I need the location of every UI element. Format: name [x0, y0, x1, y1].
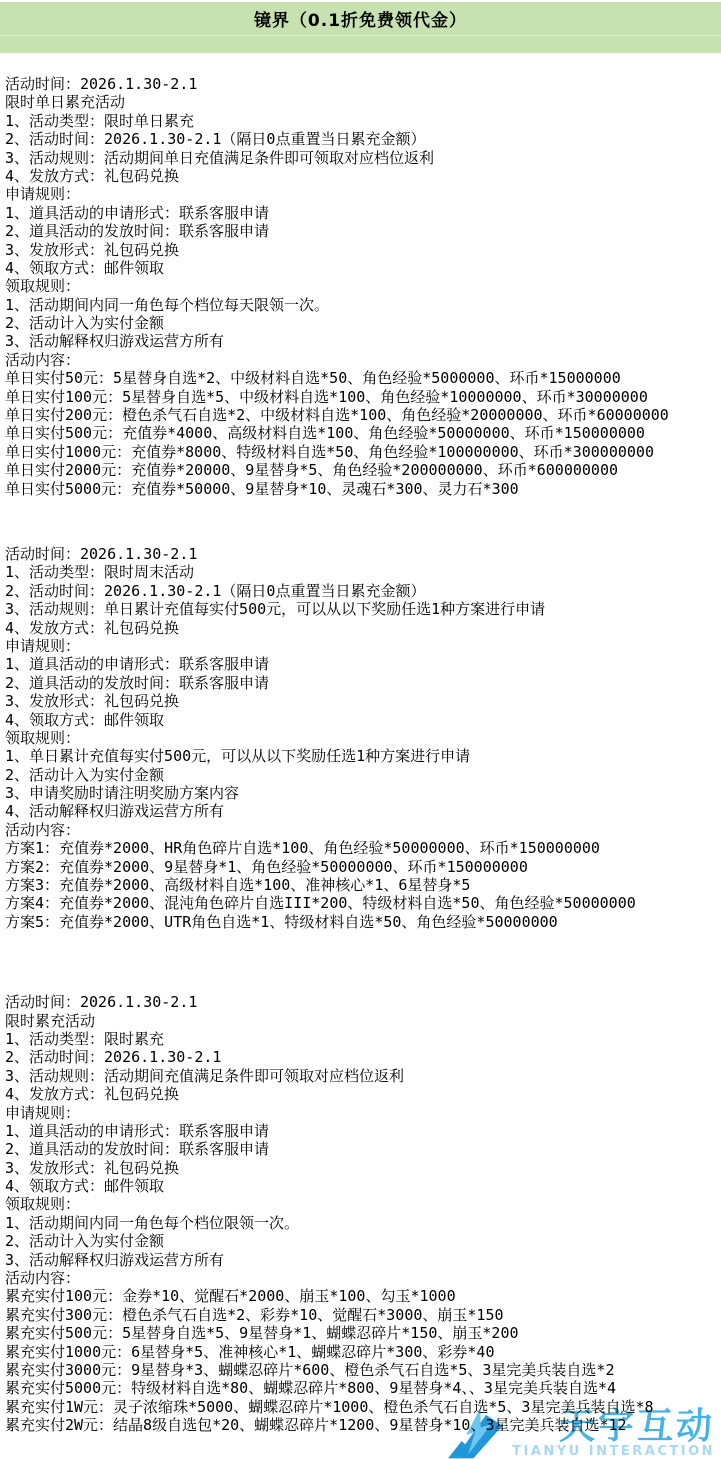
text-line: 累充实付2W元：结晶8级自选包*20、蝴蝶忍碎片*1200、9星替身*10、3星… [5, 1416, 721, 1434]
text-line: 累充实付1000元：6星替身*5、准神核心*1、蝴蝶忍碎片*300、彩券*40 [5, 1343, 721, 1361]
text-line: 3、活动解释权归游戏运营方所有 [5, 332, 721, 350]
text-line: 活动内容： [5, 821, 721, 839]
title-row: 镜界（0.1折免费领代金） [0, 2, 721, 35]
text-line: 申请规则： [5, 1104, 721, 1122]
text-line: 3、发放形式：礼包码兑换 [5, 692, 721, 710]
text-line: 单日实付500元：充值券*4000、高级材料自选*100、角色经验*500000… [5, 424, 721, 442]
text-line: 2、活动时间：2026.1.30-2.1（隔日0点重置当日累充金额） [5, 130, 721, 148]
text-line: 单日实付5000元：充值券*50000、9星替身*10、灵魂石*300、灵力石*… [5, 480, 721, 498]
text-line: 4、发放方式：礼包码兑换 [5, 619, 721, 637]
text-line: 领取规则： [5, 277, 721, 295]
text-line: 2、活动计入为实付金额 [5, 766, 721, 784]
text-line: 2、道具活动的发放时间：联系客服申请 [5, 674, 721, 692]
text-line: 1、活动类型：限时累充 [5, 1030, 721, 1048]
text-line: 3、活动解释权归游戏运营方所有 [5, 1251, 721, 1269]
text-line: 方案4：充值券*2000、混沌角色碎片自选III*200、特级材料自选*50、角… [5, 894, 721, 912]
text-line: 领取规则： [5, 1195, 721, 1213]
text-line: 4、领取方式：邮件领取 [5, 259, 721, 277]
text-line: 单日实付2000元：充值券*20000、9星替身*5、角色经验*20000000… [5, 461, 721, 479]
header-strip [0, 36, 721, 53]
text-line: 1、道具活动的申请形式：联系客服申请 [5, 204, 721, 222]
text-line: 累充实付3000元：9星替身*3、蝴蝶忍碎片*600、橙色杀气石自选*5、3星完… [5, 1361, 721, 1379]
brand-name-en: TIANYU INTERACTION [512, 1444, 715, 1459]
text-line: 1、活动期间内同一角色每个档位限领一次。 [5, 1214, 721, 1232]
text-line: 累充实付5000元：特级材料自选*80、蝴蝶忍碎片*800、9星替身*4、、3星… [5, 1379, 721, 1397]
text-line: 1、单日累计充值每实付500元，可以从以下奖励任选1种方案进行申请 [5, 747, 721, 765]
text-line: 3、发放形式：礼包码兑换 [5, 1159, 721, 1177]
text-line: 单日实付1000元：充值券*8000、特级材料自选*50、角色经验*100000… [5, 443, 721, 461]
text-line: 方案1：充值券*2000、HR角色碎片自选*100、角色经验*50000000、… [5, 839, 721, 857]
text-line: 活动内容： [5, 1269, 721, 1287]
page-header: 镜界（0.1折免费领代金） [0, 2, 721, 53]
text-line: 4、领取方式：邮件领取 [5, 1177, 721, 1195]
text-line: 2、道具活动的发放时间：联系客服申请 [5, 222, 721, 240]
text-line: 方案3：充值券*2000、高级材料自选*100、准神核心*1、6星替身*5 [5, 876, 721, 894]
text-line: 4、领取方式：邮件领取 [5, 711, 721, 729]
text-line: 3、活动规则：单日累计充值每实付500元，可以从以下奖励任选1种方案进行申请 [5, 600, 721, 618]
text-line: 限时单日累充活动 [5, 93, 721, 111]
text-line: 单日实付50元：5星替身自选*2、中级材料自选*50、角色经验*5000000、… [5, 369, 721, 387]
page-title: 镜界（0.1折免费领代金） [254, 6, 467, 31]
text-line: 1、道具活动的申请形式：联系客服申请 [5, 655, 721, 673]
text-line: 4、发放方式：礼包码兑换 [5, 1085, 721, 1103]
text-line: 1、活动类型：限时单日累充 [5, 112, 721, 130]
text-line: 3、申请奖励时请注明奖励方案内容 [5, 784, 721, 802]
text-line: 1、活动类型：限时周末活动 [5, 563, 721, 581]
text-line: 1、道具活动的申请形式：联系客服申请 [5, 1122, 721, 1140]
text-line: 3、发放形式：礼包码兑换 [5, 241, 721, 259]
text-line: 2、活动时间：2026.1.30-2.1 [5, 1048, 721, 1066]
section-daily-recharge: 活动时间：2026.1.30-2.1限时单日累充活动1、活动类型：限时单日累充2… [5, 75, 721, 498]
announcement-body: 活动时间：2026.1.30-2.1限时单日累充活动1、活动类型：限时单日累充2… [0, 53, 721, 1435]
text-line: 单日实付100元：5星替身自选*5、中级材料自选*100、角色经验*100000… [5, 388, 721, 406]
text-line: 4、活动解释权归游戏运营方所有 [5, 802, 721, 820]
text-line: 3、活动规则：活动期间充值满足条件即可领取对应档位返利 [5, 1067, 721, 1085]
text-line: 申请规则： [5, 637, 721, 655]
text-line: 申请规则： [5, 185, 721, 203]
text-line: 2、活动时间：2026.1.30-2.1（隔日0点重置当日累充金额） [5, 582, 721, 600]
text-line: 限时累充活动 [5, 1012, 721, 1030]
text-line: 2、活动计入为实付金额 [5, 314, 721, 332]
text-line: 4、发放方式：礼包码兑换 [5, 167, 721, 185]
text-line: 2、活动计入为实付金额 [5, 1232, 721, 1250]
text-line: 活动内容： [5, 351, 721, 369]
section-cumulative-recharge: 活动时间：2026.1.30-2.1限时累充活动1、活动类型：限时累充2、活动时… [5, 993, 721, 1434]
text-line: 累充实付1W元：灵子浓缩珠*5000、蝴蝶忍碎片*1000、橙色杀气石自选*5、… [5, 1398, 721, 1416]
text-line: 累充实付300元：橙色杀气石自选*2、彩券*10、觉醒石*3000、崩玉*150 [5, 1306, 721, 1324]
text-line: 3、活动规则：活动期间单日充值满足条件即可领取对应档位返利 [5, 149, 721, 167]
text-line: 活动时间：2026.1.30-2.1 [5, 75, 721, 93]
announcement-page: 镜界（0.1折免费领代金） 活动时间：2026.1.30-2.1限时单日累充活动… [0, 0, 721, 1459]
text-line: 累充实付100元：金券*10、觉醒石*2000、崩玉*100、勾玉*1000 [5, 1287, 721, 1305]
text-line: 累充实付500元：5星替身自选*5、9星替身*1、蝴蝶忍碎片*150、崩玉*20… [5, 1324, 721, 1342]
text-line: 方案2：充值券*2000、9星替身*1、角色经验*50000000、环币*150… [5, 858, 721, 876]
text-line: 方案5：充值券*2000、UTR角色自选*1、特级材料自选*50、角色经验*50… [5, 913, 721, 931]
text-line: 1、活动期间内同一角色每个档位每天限领一次。 [5, 296, 721, 314]
text-line: 2、道具活动的发放时间：联系客服申请 [5, 1140, 721, 1158]
text-line: 活动时间：2026.1.30-2.1 [5, 545, 721, 563]
text-line: 领取规则： [5, 729, 721, 747]
text-line: 活动时间：2026.1.30-2.1 [5, 993, 721, 1011]
text-line: 单日实付200元：橙色杀气石自选*2、中级材料自选*100、角色经验*20000… [5, 406, 721, 424]
section-weekend-activity: 活动时间：2026.1.30-2.11、活动类型：限时周末活动2、活动时间：20… [5, 545, 721, 931]
